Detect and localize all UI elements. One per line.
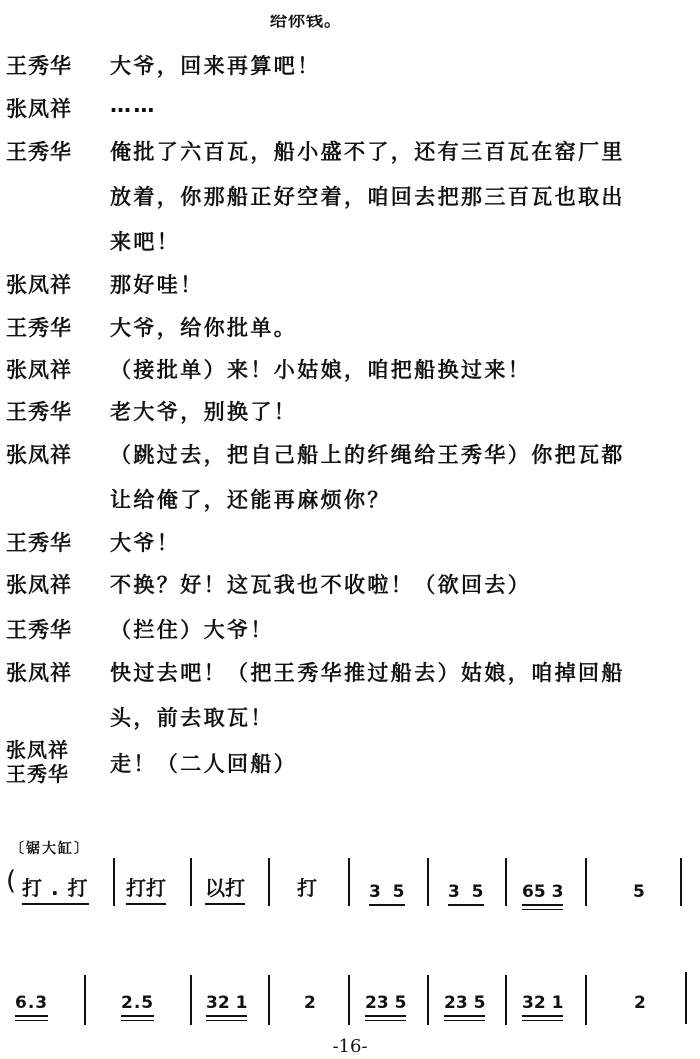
notation-measure: 以打: [205, 872, 245, 905]
speech-text: 大爷，回来再算吧！: [110, 50, 321, 80]
speaker-name: 张凤祥: [6, 269, 72, 299]
speaker-name: 张凤祥: [6, 569, 72, 599]
speech-text: 不换？好！这瓦我也不收啦！（欲回去）: [110, 569, 531, 599]
speech-text: 俺批了六百瓦，船小盛不了，还有三百瓦在窑厂里: [110, 136, 625, 166]
notation-measure: 32 1: [522, 993, 563, 1017]
speech-text: （跳过去，把自己船上的纤绳给王秀华）你把瓦都: [110, 439, 625, 469]
page-number: -16-: [0, 1036, 700, 1057]
tune-label: 〔锯大缸〕: [10, 838, 90, 858]
speaker-name: 张凤祥: [6, 354, 72, 384]
speech-text: 快过去吧！（把王秀华推过船去）姑娘，咱掉回船: [110, 657, 625, 687]
bar-line: [348, 858, 350, 906]
dialogue-line: 王秀华 大爷，给你批单。: [0, 312, 700, 352]
speaker-name-stack: 张凤祥 王秀华: [6, 738, 69, 786]
notation-measure: 2: [304, 993, 316, 1013]
bar-line: [427, 858, 429, 906]
speech-text: （拦住）大爷！: [110, 614, 274, 644]
dialogue-line: 王秀华 老大爷，别换了！: [0, 396, 700, 436]
bar-line: [268, 975, 270, 1025]
dialogue-line: 张凤祥 王秀华 走！（二人回船）: [0, 738, 700, 794]
speech-text: （接批单）来！小姑娘，咱把船换过来！: [110, 354, 531, 384]
speech-text: 来吧！: [110, 226, 180, 256]
bar-line: [268, 858, 270, 906]
dialogue-line: 张凤祥 快过去吧！（把王秀华推过船去）姑娘，咱掉回船: [0, 657, 700, 697]
speech-text: ……: [110, 93, 157, 117]
speech-text: 大爷，给你批单。: [110, 312, 297, 342]
notation-measure: 打 . 打: [22, 872, 89, 905]
notation-measure: 3 5: [369, 882, 405, 906]
dialogue-line: 王秀华 俺批了六百瓦，船小盛不了，还有三百瓦在窑厂里: [0, 136, 700, 176]
speaker-name: 王秀华: [6, 762, 69, 786]
notation-measure: 6.3: [15, 993, 48, 1017]
speaker-name: 张凤祥: [6, 93, 72, 123]
speaker-name: 王秀华: [6, 396, 72, 426]
notation-measure: 3 5: [448, 882, 484, 906]
continued-text-fragment: 给你钱。: [270, 6, 342, 31]
bar-line: [190, 975, 192, 1025]
speech-text: 那好哇！: [110, 269, 204, 299]
bar-line: [84, 975, 86, 1025]
speaker-name: 王秀华: [6, 527, 72, 557]
speaker-name: 王秀华: [6, 312, 72, 342]
dialogue-line: 张凤祥 （接批单）来！小姑娘，咱把船换过来！: [0, 354, 700, 394]
bar-line: [427, 975, 429, 1025]
dialogue-line: 张凤祥 （跳过去，把自己船上的纤绳给王秀华）你把瓦都: [0, 439, 700, 479]
bar-line: [113, 858, 115, 906]
speaker-name: 张凤祥: [6, 657, 72, 687]
speech-text: 让给俺了，还能再麻烦你？: [110, 484, 391, 514]
bar-line: [585, 975, 587, 1025]
dialogue-line: 张凤祥 不换？好！这瓦我也不收啦！（欲回去）: [0, 569, 700, 609]
bar-line: [505, 858, 507, 906]
speaker-name: 王秀华: [6, 50, 72, 80]
notation-measure: 2: [634, 993, 646, 1013]
dialogue-line: 张凤祥 ……: [0, 93, 700, 133]
dialogue-line-continuation: 让给俺了，还能再麻烦你？: [0, 484, 700, 524]
speech-text: 头，前去取瓦！: [110, 702, 274, 732]
speaker-name: 张凤祥: [6, 439, 72, 469]
dialogue-line-continuation: 放着，你那船正好空着，咱回去把那三百瓦也取出: [0, 181, 700, 221]
bar-line: [505, 975, 507, 1025]
dialogue-line: 王秀华 （拦住）大爷！: [0, 614, 700, 654]
dialogue-line: 王秀华 大爷，回来再算吧！: [0, 50, 700, 90]
bar-line: [348, 975, 350, 1025]
bar-line: [585, 858, 587, 906]
notation-measure: 65 3: [522, 882, 563, 906]
dialogue-line-continuation: 头，前去取瓦！: [0, 702, 700, 742]
notation-measure: 23 5: [444, 993, 485, 1017]
speaker-name: 王秀华: [6, 614, 72, 644]
bar-line: [190, 858, 192, 906]
dialogue-line: 张凤祥 那好哇！: [0, 269, 700, 309]
opening-parenthesis: (: [6, 866, 16, 896]
bar-line: [685, 972, 687, 1024]
notation-measure: 5: [633, 882, 645, 902]
bar-line: [680, 858, 682, 906]
speaker-name: 张凤祥: [6, 738, 69, 762]
notation-measure: 32 1: [206, 993, 247, 1017]
speech-text: 放着，你那船正好空着，咱回去把那三百瓦也取出: [110, 181, 625, 211]
notation-measure: 打打: [126, 872, 166, 905]
speaker-name: 王秀华: [6, 136, 72, 166]
notation-measure: 打: [297, 872, 317, 901]
notation-measure: 23 5: [365, 993, 406, 1017]
dialogue-line: 王秀华 大爷！: [0, 527, 700, 567]
speech-text: 大爷！: [110, 527, 180, 557]
notation-measure: 2.5: [121, 993, 154, 1017]
dialogue-line-continuation: 来吧！: [0, 226, 700, 266]
speech-text: 老大爷，别换了！: [110, 396, 297, 426]
speech-text: 走！（二人回船）: [110, 748, 297, 778]
